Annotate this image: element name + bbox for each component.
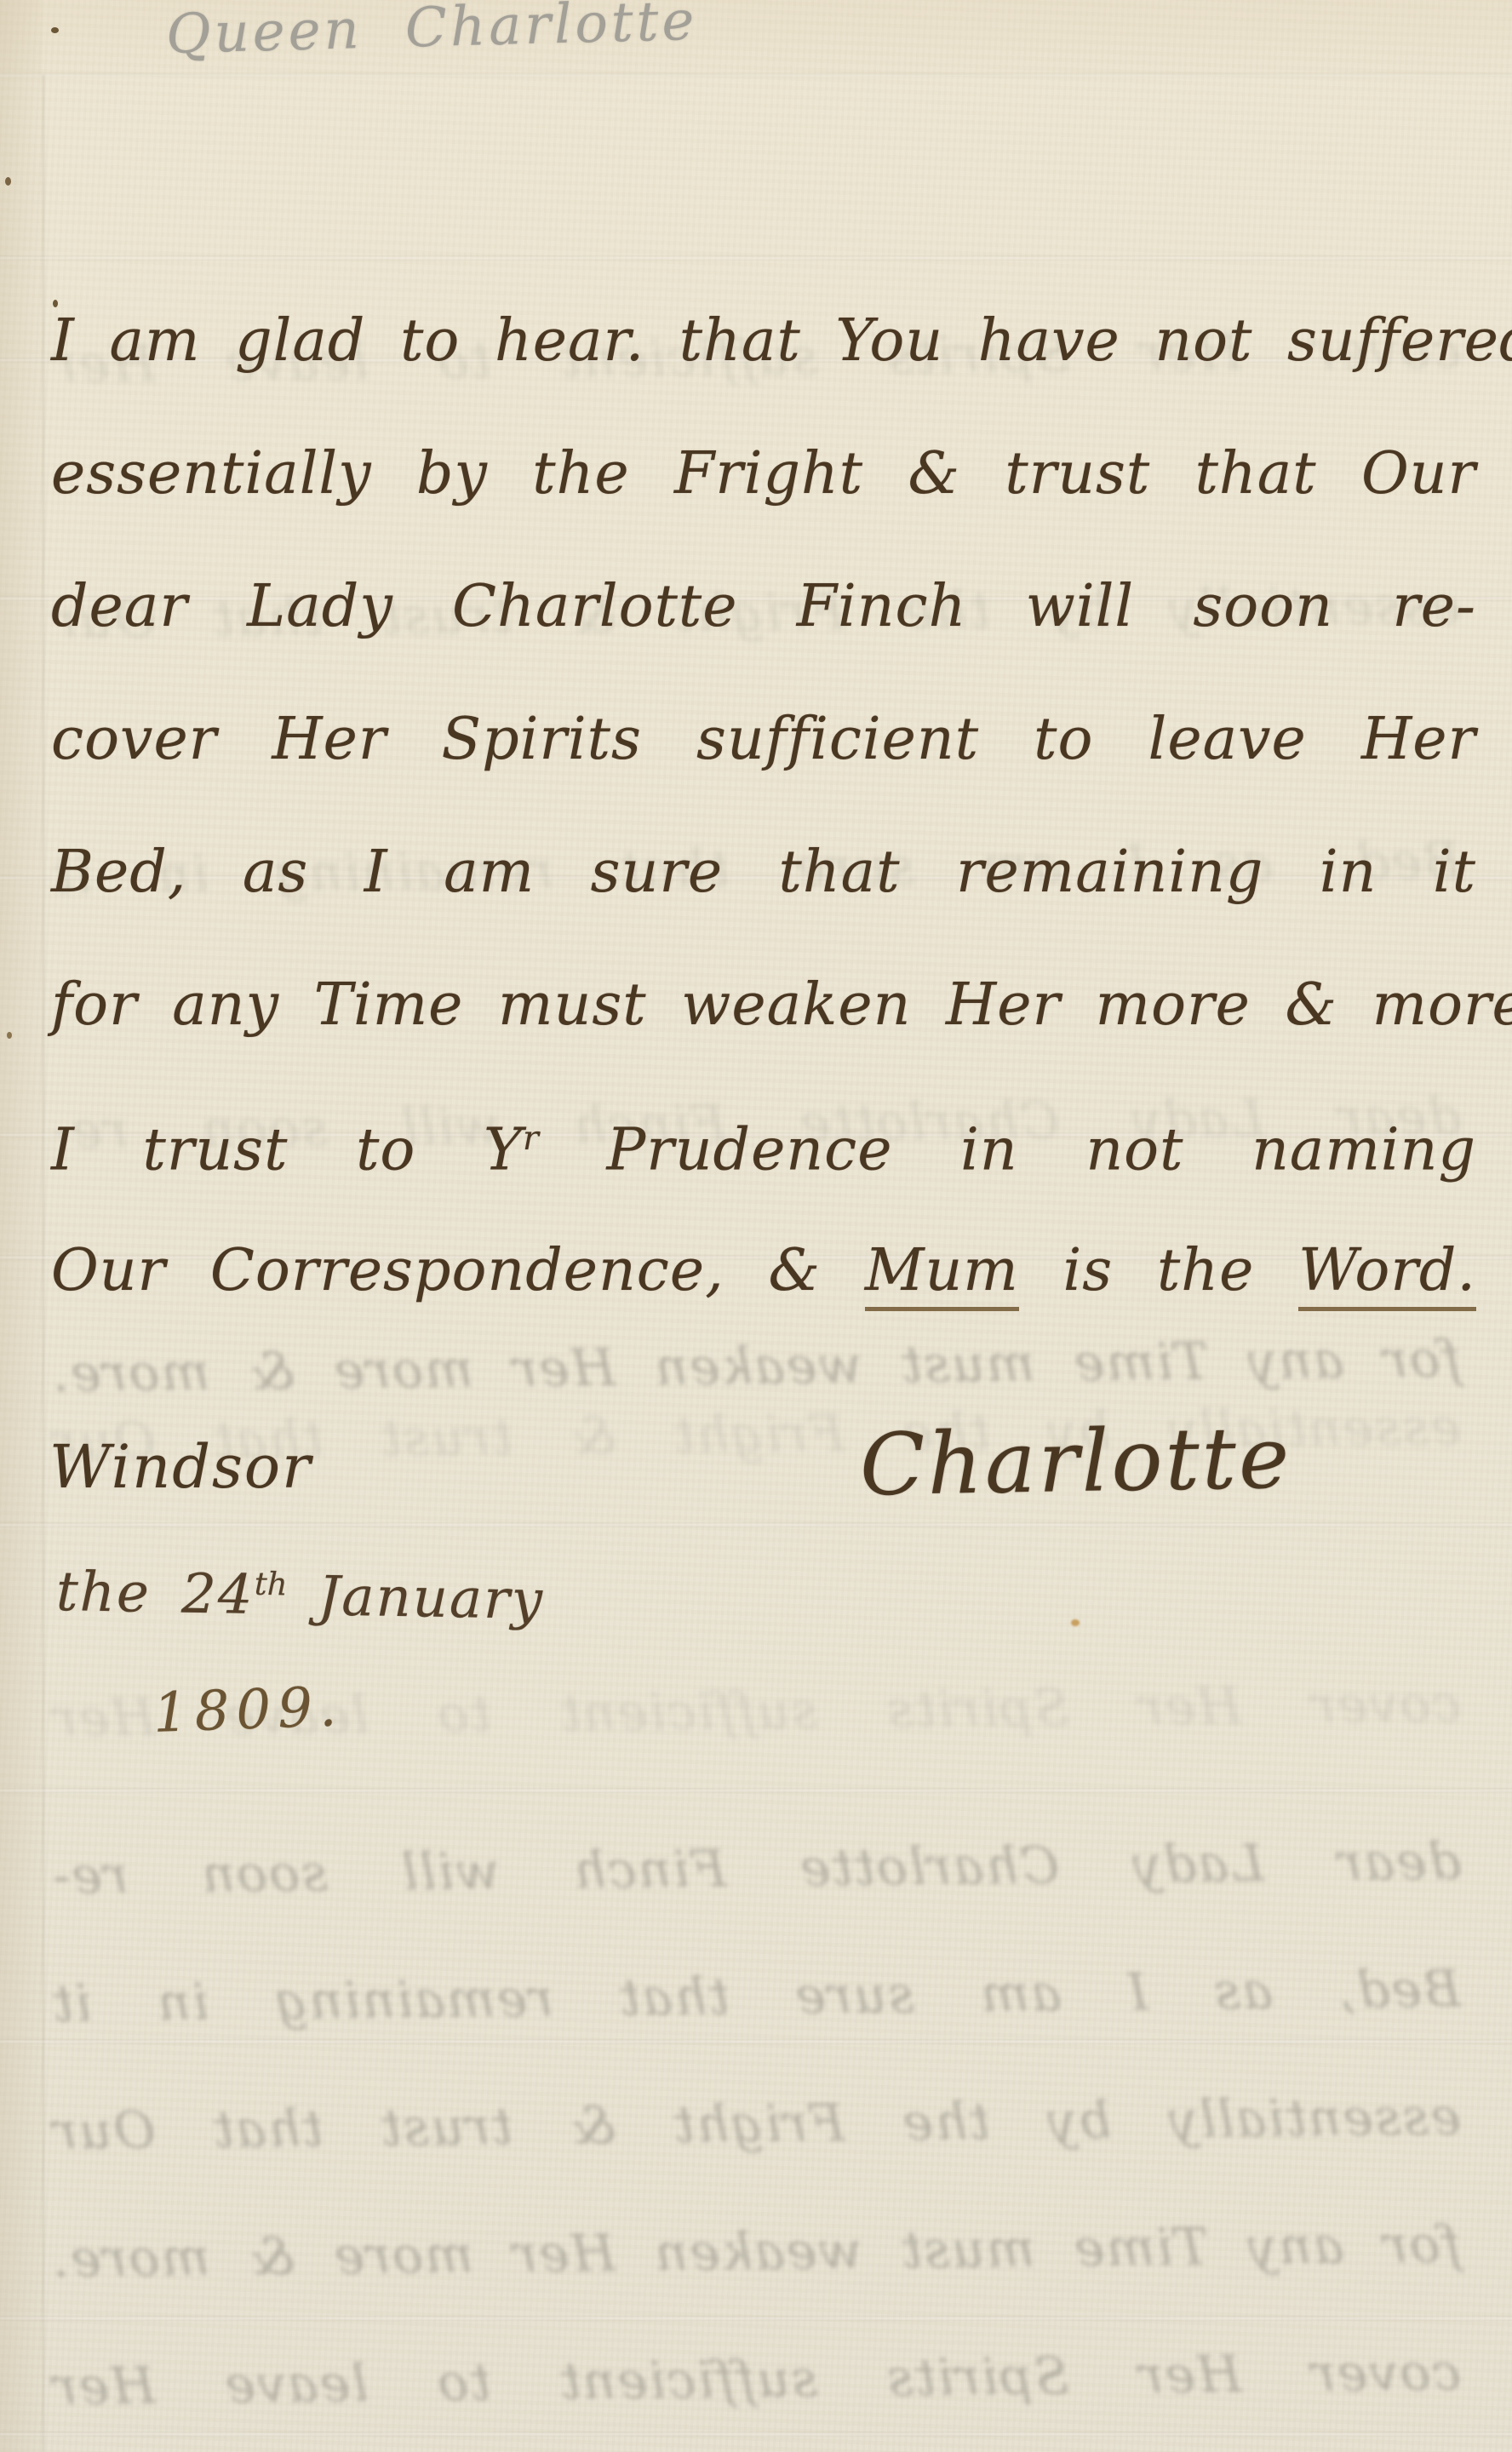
- ghost-line: dear Lady Charlotte Finch will soon re-: [50, 1810, 1461, 1927]
- letter-line-3: dear Lady Charlotte Finch will soon re-: [51, 543, 1476, 676]
- ghost-line: cover Her Spirits sufficient to leave He…: [50, 2321, 1461, 2438]
- letter-scan-page: cover Her Spirits sufficient to leave He…: [0, 0, 1512, 2452]
- line7-text: Prudence in not naming: [539, 1117, 1476, 1184]
- letter-line-4: cover Her Spirits sufficient to leave He…: [51, 676, 1476, 809]
- fold-crease: [0, 2316, 1512, 2321]
- underlined-word-word: Word.: [1298, 1245, 1476, 1311]
- paper-speck: [5, 177, 11, 186]
- letter-line-1: I am glad to hear. that You have not suf…: [51, 278, 1476, 410]
- ghost-line: for any Time must weaken Her more & more…: [50, 2193, 1461, 2310]
- fold-crease: [0, 2039, 1512, 2044]
- superscript-r: r: [523, 1119, 539, 1158]
- date-text: January: [287, 1565, 545, 1632]
- letter-line-6: for any Time must weaken Her more & more…: [51, 942, 1476, 1074]
- fold-crease: [0, 1522, 1512, 1527]
- line8-text: Our Correspondence, &: [51, 1237, 865, 1304]
- closing-place: Windsor: [49, 1432, 312, 1502]
- paper-speck: [7, 1032, 12, 1039]
- letter-line-5: Bed, as I am sure that remaining in it: [51, 809, 1476, 942]
- letter-line-8: Our Correspondence, & Mum is the Word.: [51, 1207, 1476, 1340]
- signature: Charlotte: [859, 1408, 1292, 1515]
- letter-body: I am glad to hear. that You have not suf…: [51, 278, 1476, 1340]
- letter-line-2: essentially by the Fright & trust that O…: [51, 410, 1476, 543]
- underlined-word-mum: Mum: [865, 1245, 1019, 1311]
- fold-crease: [0, 2432, 1512, 2437]
- sheet-left-edge: [43, 75, 46, 2452]
- fold-crease: [0, 1788, 1512, 1793]
- paper-speck: [51, 27, 59, 33]
- ghost-line: Bed, as I am sure that remaining in it: [50, 1938, 1461, 2054]
- superscript-th: th: [254, 1566, 288, 1603]
- date-text: the 24: [55, 1561, 255, 1627]
- paper-speck: [1071, 1619, 1080, 1626]
- closing-date: the 24th January: [55, 1561, 544, 1632]
- line7-text: I trust to Y: [51, 1117, 523, 1184]
- sheet-top-edge: [0, 73, 1512, 77]
- line8-text: is the: [1019, 1237, 1298, 1304]
- closing-year: 1809.: [152, 1676, 345, 1745]
- ghost-line: essentially by the Fright & trust that O…: [50, 2065, 1461, 2182]
- fold-crease: [0, 255, 1512, 261]
- sheet-left-margin: [0, 0, 43, 2452]
- letter-line-7: I trust to Yr Prudence in not naming: [51, 1074, 1476, 1207]
